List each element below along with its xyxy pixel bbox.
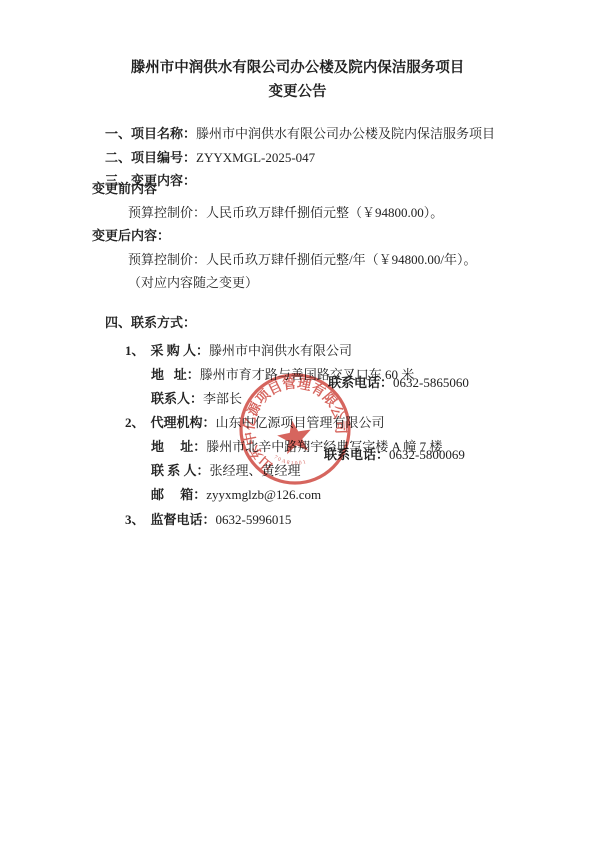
agency-phone-value: 0632-5800069 xyxy=(389,447,465,462)
supervise-value: 0632-5996015 xyxy=(216,512,292,527)
supervise-line: 3、监督电话：0632-5996015 xyxy=(112,496,291,544)
agency-phone-label: 联系电话： xyxy=(324,447,389,462)
before-change-body: 预算控制价：人民币玖万肆仟捌佰元整（￥94800.00）。 xyxy=(128,205,443,221)
doc-title-line2: 变更公告 xyxy=(0,84,595,100)
after-change-heading: 变更后内容： xyxy=(92,228,170,244)
supervise-label: 监督电话： xyxy=(151,512,216,527)
before-change-heading: 变更前内容 xyxy=(92,181,157,197)
doc-title-line1: 滕州市中润供水有限公司办公楼及院内保洁服务项目 xyxy=(0,60,595,76)
buyer-phone-label: 联系电话： xyxy=(328,375,393,390)
agency-phone: 联系电话：0632-5800069 xyxy=(324,447,465,463)
buyer-phone: 联系电话：0632-5865060 xyxy=(328,375,469,391)
after-change-body: 预算控制价：人民币玖万肆仟捌佰元整/年（￥94800.00/年）。 xyxy=(128,252,476,268)
buyer-phone-value: 0632-5865060 xyxy=(393,375,469,390)
document-page: 滕州市中润供水有限公司办公楼及院内保洁服务项目 变更公告 一、项目名称：滕州市中… xyxy=(0,0,595,841)
item2-value: ZYYXMGL-2025-047 xyxy=(196,150,315,165)
supervise-number: 3、 xyxy=(125,512,145,527)
after-change-note: （对应内容随之变更） xyxy=(128,275,258,291)
